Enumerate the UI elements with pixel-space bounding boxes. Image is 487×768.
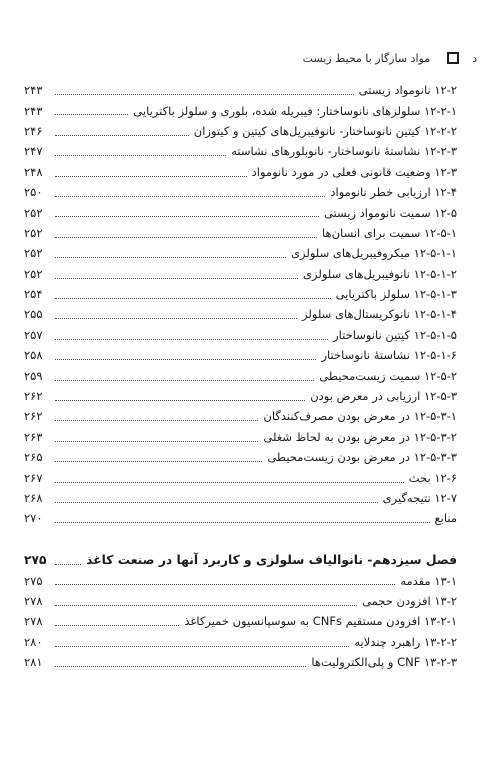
toc-row: ۱۲-۵-۱-۵ کیتین نانوساختار۲۵۷	[24, 325, 457, 345]
toc-page-number: ۲۵۴	[24, 287, 50, 301]
toc-entry-label: ۱۲-۵-۳-۳ در معرض بودن زیست‌محیطی	[267, 450, 457, 464]
dot-leader	[55, 596, 357, 606]
toc-row: ۱۲-۲-۱ سلولزهای نانوساختار: فیبریله شده،…	[24, 100, 457, 120]
toc-entry-label: ۱۲-۵-۱-۵ کیتین نانوساختار	[333, 328, 457, 342]
toc-entry-label: ۱۲-۵-۳-۲ در معرض بودن به لحاظ شغلی	[263, 430, 457, 444]
toc-row: ۱۲-۵-۱-۲ نانوفیبریل‌های سلولزی۲۵۲	[24, 264, 457, 284]
toc-row: فصل سیزدهم- نانوالیاف سلولزی و کاربرد آن…	[24, 550, 457, 570]
dot-leader	[55, 269, 298, 279]
dot-leader	[55, 289, 331, 299]
toc-page-number: ۲۷۰	[24, 511, 50, 525]
toc-row: ۱۲-۲-۳ نشاستهٔ نانوساختار- نانوبلورهای ن…	[24, 141, 457, 161]
toc-row: ۱۳-۲-۳ CNF و پلی‌الکترولیت‌ها۲۸۱	[24, 652, 457, 672]
dot-leader	[55, 391, 305, 401]
toc-row: ۱۲-۲-۲ کیتین نانوساختار- نانوفیبریل‌های …	[24, 121, 457, 141]
toc-page-number: ۲۵۲	[24, 206, 50, 220]
toc-row: ۱۲-۵ سمیت نانومواد زیستی۲۵۲	[24, 202, 457, 222]
toc-page-number: ۲۶۸	[24, 491, 50, 505]
toc-page-number: ۲۷۵	[24, 553, 50, 567]
toc-page-number: ۲۴۷	[24, 144, 50, 158]
toc-entry-label: ۱۲-۷ نتیجه‌گیری	[383, 491, 457, 505]
toc-row: ۱۲-۴ ارزیابی خطر نانومواد۲۵۰	[24, 182, 457, 202]
dot-leader	[55, 330, 328, 340]
dot-leader	[55, 310, 297, 320]
toc-entry-label: ۱۲-۵ سمیت نانومواد زیستی	[324, 206, 457, 220]
toc-entry-label: ۱۲-۵-۱ سمیت برای انسان‌ها	[322, 226, 457, 240]
toc-row: ۱۲-۶ بحث۲۶۷	[24, 467, 457, 487]
toc-row: ۱۲-۵-۲ سمیت زیست‌محیطی۲۵۹	[24, 365, 457, 385]
toc-entry-label: ۱۲-۵-۱-۶ نشاستهٔ نانوساختار	[321, 348, 457, 362]
toc-entry-label: ۱۲-۵-۱-۳ سلولز باکتریایی	[336, 287, 457, 301]
dot-leader	[55, 85, 354, 95]
toc-entry-label: ۱۲-۵-۱-۴ نانوکریستال‌های سلولز	[302, 307, 457, 321]
dot-leader	[55, 493, 378, 503]
toc-entry-label: ۱۳-۲-۳ CNF و پلی‌الکترولیت‌ها	[311, 655, 457, 669]
toc-row: منابع۲۷۰	[24, 508, 457, 528]
toc-row: ۱۳-۲-۲ راهبرد چندلایه۲۸۰	[24, 632, 457, 652]
toc-list-chapter13: فصل سیزدهم- نانوالیاف سلولزی و کاربرد آن…	[0, 550, 487, 672]
dot-leader	[55, 248, 286, 258]
running-title: مواد سازگار با محیط زیست	[303, 52, 430, 65]
toc-page-number: ۲۶۵	[24, 450, 50, 464]
toc-page-number: ۲۷۸	[24, 594, 50, 608]
running-header: د مواد سازگار با محیط زیست	[0, 48, 487, 68]
toc-entry-label: ۱۳-۲-۲ راهبرد چندلایه	[354, 635, 457, 649]
toc-row: ۱۲-۵-۱-۱ میکروفیبریل‌های سلولزی۲۵۲	[24, 243, 457, 263]
dot-leader	[55, 432, 258, 442]
toc-entry-label: ۱۲-۲-۱ سلولزهای نانوساختار: فیبریله شده،…	[133, 104, 457, 118]
toc-entry-label: ۱۳-۱ مقدمه	[400, 574, 457, 588]
dot-leader	[55, 576, 395, 586]
toc-page-number: ۲۶۷	[24, 471, 50, 485]
toc-row: ۱۲-۵-۳ ارزیابی در معرض بودن۲۶۲	[24, 386, 457, 406]
toc-page-number: ۲۴۸	[24, 165, 50, 179]
dot-leader	[55, 146, 226, 156]
toc-row: ۱۲-۵-۱-۴ نانوکریستال‌های سلولز۲۵۵	[24, 304, 457, 324]
toc-page-number: ۲۶۳	[24, 430, 50, 444]
toc-entry-label: ۱۲-۵-۳-۱ در معرض بودن مصرف‌کنندگان	[263, 409, 457, 423]
toc-entry-label: ۱۳-۲ افزودن حجمی	[362, 594, 457, 608]
toc-page-number: ۲۴۳	[24, 104, 50, 118]
dot-leader	[55, 514, 430, 524]
dot-leader	[55, 412, 258, 422]
toc-entry-label: ۱۲-۵-۱-۲ نانوفیبریل‌های سلولزی	[303, 267, 457, 281]
toc-row: ۱۲-۵-۳-۲ در معرض بودن به لحاظ شغلی۲۶۳	[24, 427, 457, 447]
dot-leader	[55, 452, 262, 462]
toc-entry-label: ۱۲-۲-۲ کیتین نانوساختار- نانوفیبریل‌های …	[194, 124, 457, 138]
toc-page-number: ۲۸۰	[24, 635, 50, 649]
square-ornament-icon	[447, 52, 459, 64]
toc-entry-label: ۱۲-۵-۲ سمیت زیست‌محیطی	[319, 369, 457, 383]
toc-page-number: ۲۵۵	[24, 307, 50, 321]
toc-page-number: ۲۶۲	[24, 389, 50, 403]
dot-leader	[55, 228, 317, 238]
toc-page-number: ۲۵۲	[24, 246, 50, 260]
toc-entry-label: ۱۲-۲ نانومواد زیستی	[359, 83, 457, 97]
toc-row: ۱۳-۲ افزودن حجمی۲۷۸	[24, 591, 457, 611]
toc-page-number: ۲۷۸	[24, 614, 50, 628]
toc-page-number: ۲۵۸	[24, 348, 50, 362]
toc-page-number: ۲۴۳	[24, 83, 50, 97]
toc-entry-label: ۱۲-۴ ارزیابی خطر نانومواد	[330, 185, 457, 199]
toc-page-number: ۲۶۲	[24, 409, 50, 423]
toc-row: ۱۳-۲-۱ افزودن مستقیم CNFs به سوسپانسیون …	[24, 611, 457, 631]
dot-leader	[55, 616, 179, 626]
toc-entry-label: منابع	[435, 511, 457, 525]
toc-row: ۱۲-۵-۳-۳ در معرض بودن زیست‌محیطی۲۶۵	[24, 447, 457, 467]
dot-leader	[55, 208, 319, 218]
toc-row: ۱۲-۵-۱ سمیت برای انسان‌ها۲۵۲	[24, 223, 457, 243]
toc-entry-label: ۱۲-۵-۱-۱ میکروفیبریل‌های سلولزی	[291, 246, 457, 260]
dot-leader	[55, 126, 189, 136]
toc-list-chapter12: ۱۲-۲ نانومواد زیستی۲۴۳۱۲-۲-۱ سلولزهای نا…	[0, 80, 487, 529]
dot-leader	[55, 637, 349, 647]
dot-leader	[55, 473, 404, 483]
toc-row: ۱۲-۳ وضعیت قانونی فعلی در مورد نانومواد۲…	[24, 162, 457, 182]
dot-leader	[55, 187, 325, 197]
toc-entry-label: ۱۲-۶ بحث	[409, 471, 457, 485]
toc-entry-label: ۱۲-۲-۳ نشاستهٔ نانوساختار- نانوبلورهای ن…	[231, 144, 457, 158]
toc-page-number: ۲۵۲	[24, 267, 50, 281]
toc-row: ۱۲-۷ نتیجه‌گیری۲۶۸	[24, 488, 457, 508]
toc-page-number: ۲۵۷	[24, 328, 50, 342]
toc-row: ۱۲-۵-۱-۳ سلولز باکتریایی۲۵۴	[24, 284, 457, 304]
toc-page-number: ۲۸۱	[24, 655, 50, 669]
dot-leader	[55, 106, 128, 116]
dot-leader	[55, 167, 247, 177]
toc-row: ۱۲-۲ نانومواد زیستی۲۴۳	[24, 80, 457, 100]
toc-row: ۱۳-۱ مقدمه۲۷۵	[24, 570, 457, 590]
toc-entry-label: فصل سیزدهم- نانوالیاف سلولزی و کاربرد آن…	[86, 553, 457, 567]
toc-entry-label: ۱۲-۵-۳ ارزیابی در معرض بودن	[310, 389, 457, 403]
header-page-marker: د	[472, 52, 477, 65]
toc-page-number: ۲۵۹	[24, 369, 50, 383]
toc-entry-label: ۱۲-۳ وضعیت قانونی فعلی در مورد نانومواد	[252, 165, 457, 179]
toc-row: ۱۲-۵-۱-۶ نشاستهٔ نانوساختار۲۵۸	[24, 345, 457, 365]
toc-page-number: ۲۵۰	[24, 185, 50, 199]
toc-entry-label: ۱۳-۲-۱ افزودن مستقیم CNFs به سوسپانسیون …	[184, 614, 457, 628]
toc-row: ۱۲-۵-۳-۱ در معرض بودن مصرف‌کنندگان۲۶۲	[24, 406, 457, 426]
toc-page-number: ۲۴۶	[24, 124, 50, 138]
dot-leader	[55, 371, 314, 381]
toc-page-number: ۲۵۲	[24, 226, 50, 240]
dot-leader	[55, 555, 81, 565]
toc-page-number: ۲۷۵	[24, 574, 50, 588]
dot-leader	[55, 657, 306, 667]
dot-leader	[55, 350, 316, 360]
toc-page: د مواد سازگار با محیط زیست ۱۲-۲ نانومواد…	[0, 0, 487, 768]
